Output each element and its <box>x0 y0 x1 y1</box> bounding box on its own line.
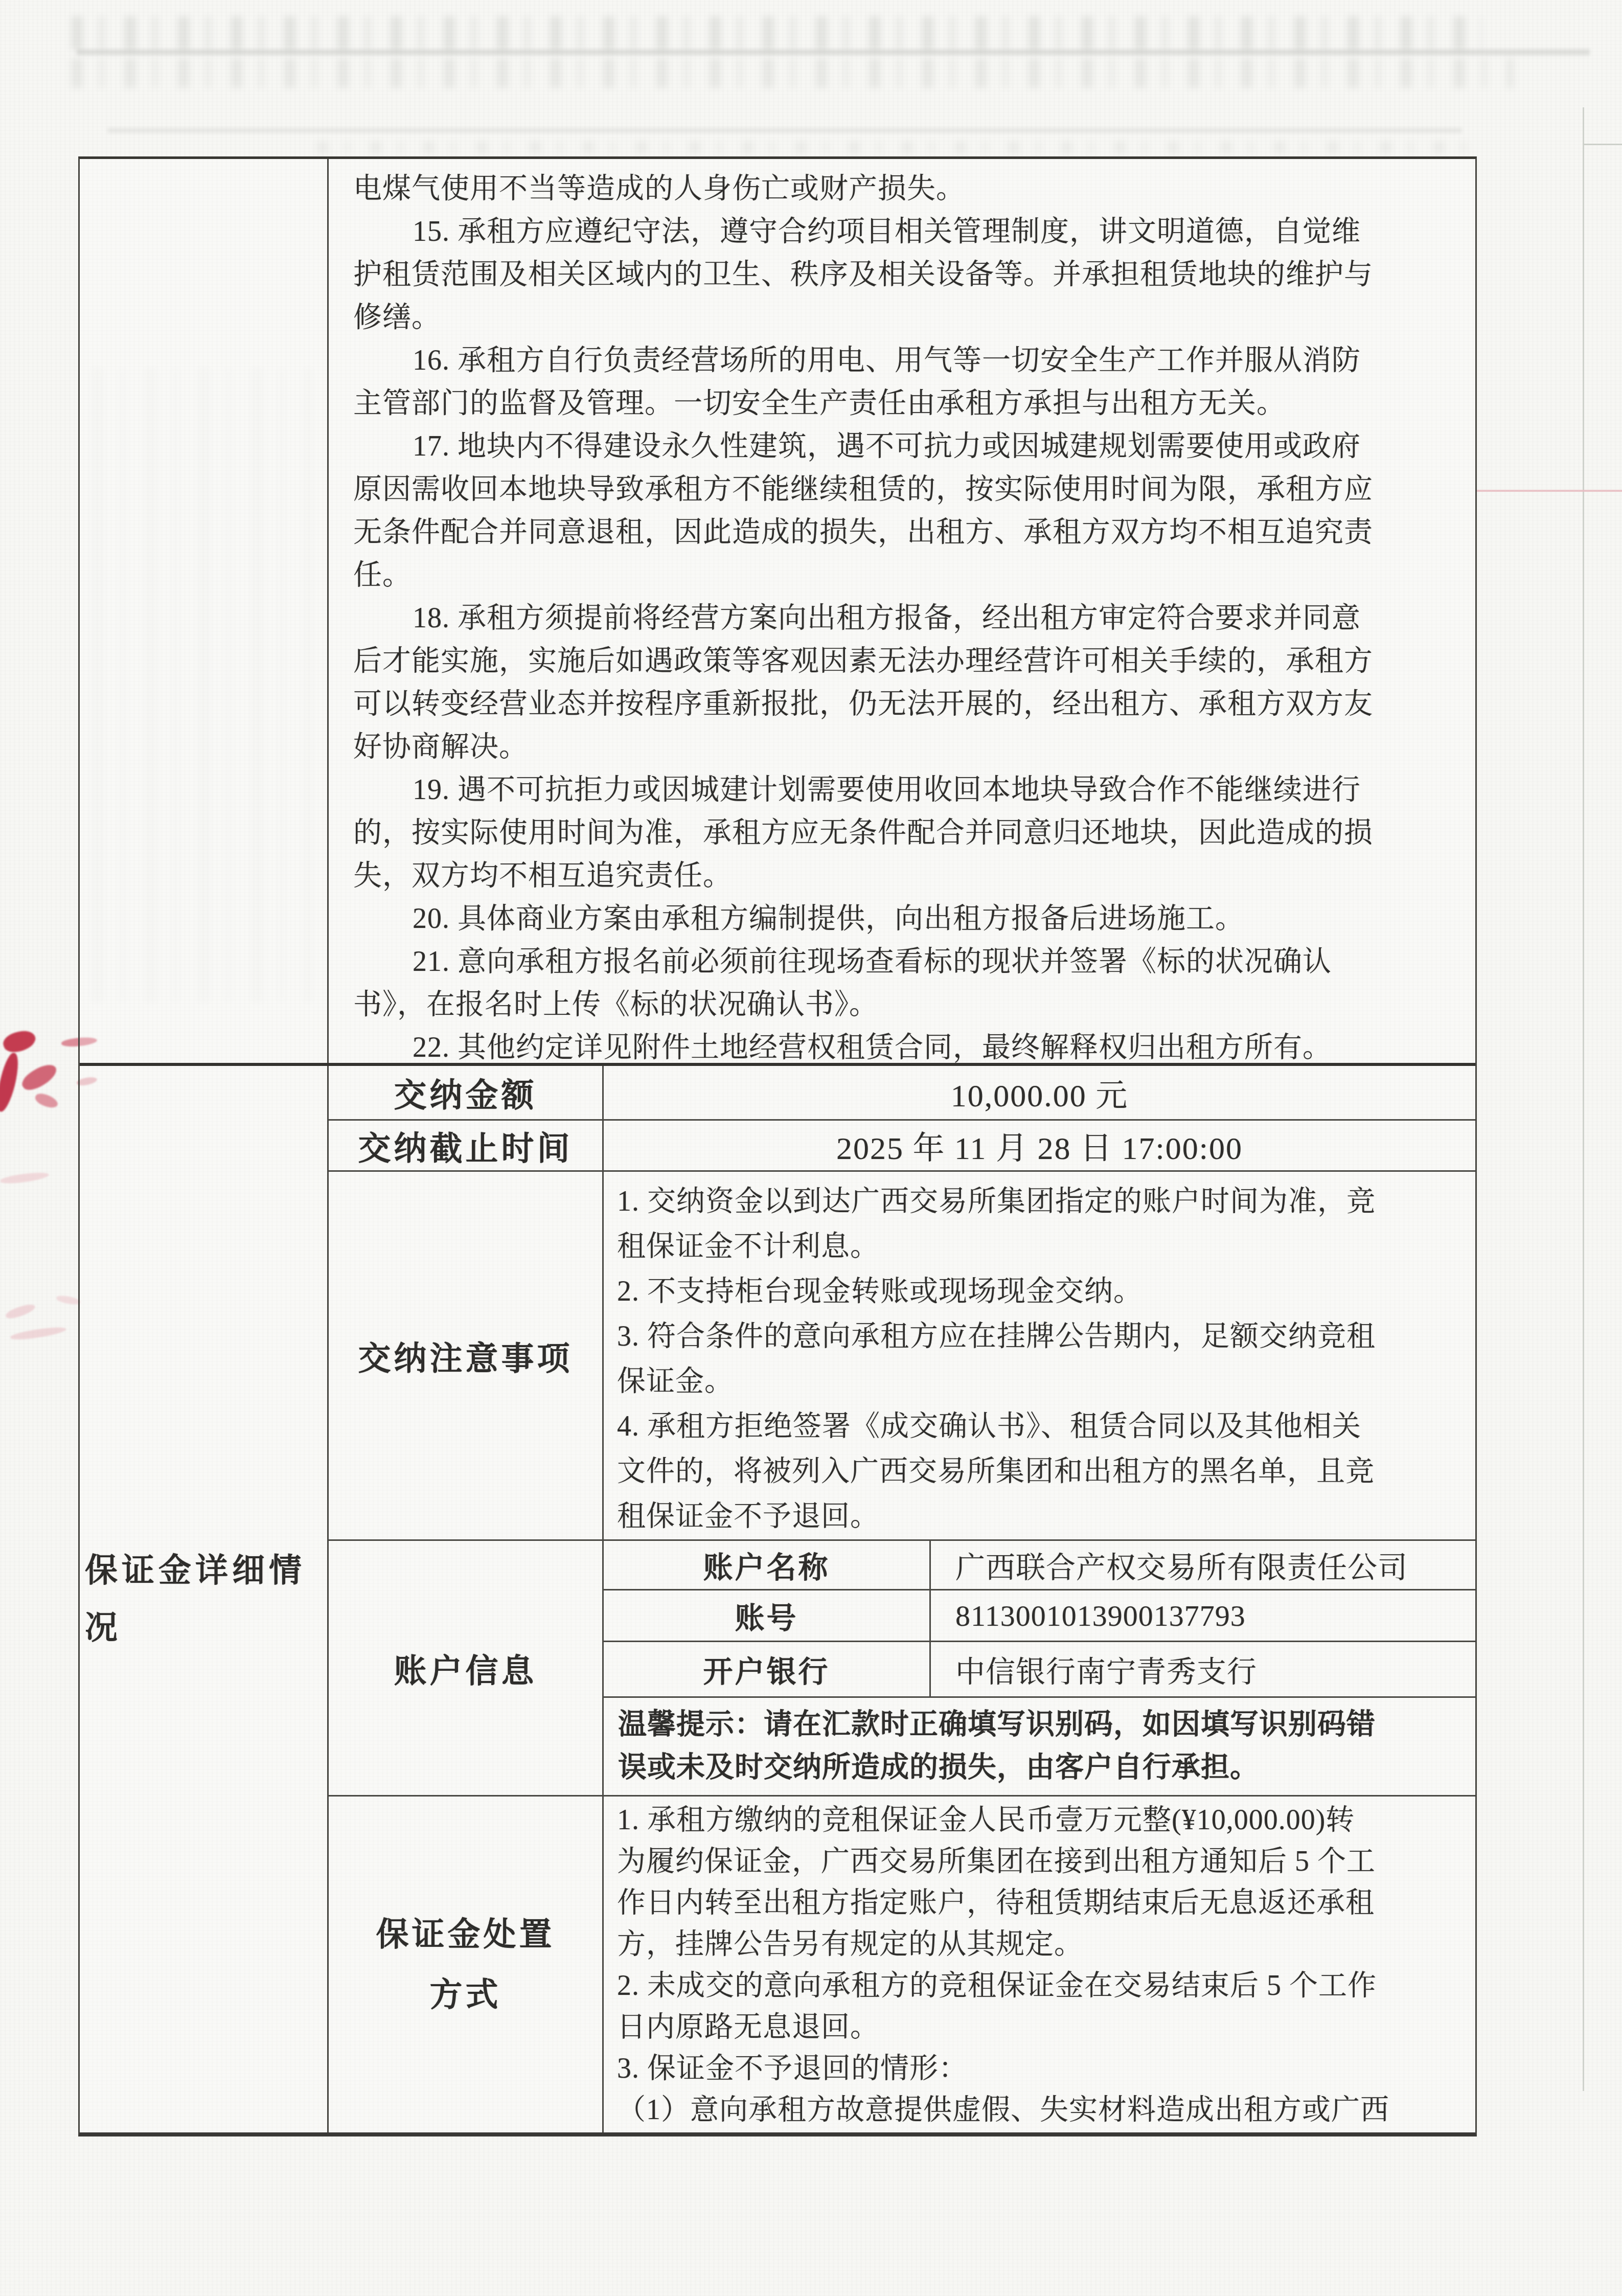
text-line: 3. 符合条件的意向承租方应在挂牌公告期内，足额交纳竞租 <box>617 1314 1465 1359</box>
payment-notes-row: 交纳注意事项 1. 交纳资金以到达广西交易所集团指定的账户时间为准，竞租保证金不… <box>329 1170 1475 1539</box>
red-ink-mark <box>0 1051 22 1113</box>
scanned-document-page: { "page": { "paper_color": "#f7f7f4", "i… <box>0 0 1622 2296</box>
account-info-row: 账户信息 账户名称 广西联合产权交易所有限责任公司 账号 81130010139… <box>329 1539 1475 1795</box>
bleedthrough-band <box>72 16 1482 50</box>
bleedthrough-band <box>72 58 1513 88</box>
deposit-section-label-cell: 保证金详细情况 <box>80 1066 329 2132</box>
text-line: 保证金。 <box>617 1359 1465 1404</box>
text-line: 方，挂牌公告另有规定的从其规定。 <box>617 1924 1465 1965</box>
red-ink-mark <box>19 1060 60 1095</box>
text-line: 4. 承租方拒绝签署《成交确认书》、租赁合同以及其他相关 <box>617 1404 1465 1449</box>
account-name-row: 账户名称 广西联合产权交易所有限责任公司 <box>604 1541 1475 1589</box>
text-line: 电煤气使用不当等造成的人身伤亡或财产损失。 <box>353 167 1463 210</box>
text-line: 2. 不支持柜台现金转账或现场现金交纳。 <box>617 1269 1465 1314</box>
account-number-label: 账号 <box>604 1590 931 1641</box>
red-ink-mark <box>34 1092 60 1110</box>
red-ink-mark <box>1 1027 38 1056</box>
deposit-section-label: 保证金详细情况 <box>80 1542 307 1656</box>
text-line: 15. 承租方应遵纪守法，遵守合约项目相关管理制度，讲文明道德，自觉维 <box>353 210 1463 253</box>
text-line: 20. 具体商业方案由承租方编制提供，向出租方报备后进场施工。 <box>353 897 1463 940</box>
text-line: 温馨提示：请在汇款时正确填写识别码，如因填写识别码错 <box>618 1703 1467 1746</box>
bleedthrough-band <box>317 141 1472 153</box>
text-line: 无条件配合并同意退租，因此造成的损失，出租方、承租方双方均不相互追究责 <box>353 511 1463 554</box>
text-line: 误或未及时交纳所造成的损失，由客户自行承担。 <box>618 1746 1467 1789</box>
text-line: 好协商解决。 <box>353 725 1463 768</box>
faded-ink-mark <box>5 1302 37 1321</box>
payment-amount-value: 10,000.00 元 <box>604 1066 1475 1119</box>
text-line: 可以转变经营业态并按程序重新报批，仍无法开展的，经出租方、承租方双方友 <box>353 683 1463 725</box>
text-line: 文件的，将被列入广西交易所集团和出租方的黑名单，且竞 <box>617 1449 1465 1494</box>
account-info-table: 账户名称 广西联合产权交易所有限责任公司 账号 8113001013900137… <box>604 1541 1475 1795</box>
terms-text-cell: 电煤气使用不当等造成的人身伤亡或财产损失。15. 承租方应遵纪守法，遵守合约项目… <box>329 159 1475 1063</box>
bleedthrough-line <box>77 49 1590 55</box>
faded-ink-mark <box>56 1294 81 1306</box>
payment-deadline-label: 交纳截止时间 <box>329 1121 604 1170</box>
text-line: 书》，在报名时上传《标的状况确认书》。 <box>353 983 1463 1026</box>
text-line: 1. 交纳资金以到达广西交易所集团指定的账户时间为准，竞 <box>617 1179 1465 1224</box>
text-line: 22. 其他约定详见附件土地经营权租赁合同，最终解释权归出租方所有。 <box>353 1026 1463 1069</box>
text-line: 3. 保证金不予退回的情形： <box>617 2048 1465 2089</box>
payment-deadline-value: 2025 年 11 月 28 日 17:00:00 <box>604 1121 1475 1170</box>
deposit-rows: 交纳金额 10,000.00 元 交纳截止时间 2025 年 11 月 28 日… <box>329 1066 1475 2132</box>
text-line: 16. 承租方自行负责经营场所的用电、用气等一切安全生产工作并服从消防 <box>353 339 1463 382</box>
text-line: 主管部门的监督及管理。一切安全生产责任由承租方承担与出租方无关。 <box>353 382 1463 425</box>
text-line: 2. 未成交的意向承租方的竞租保证金在交易结束后 5 个工作 <box>617 1965 1465 2007</box>
text-line: 原因需收回本地块导致承租方不能继续租赁的，按实际使用时间为限，承租方应 <box>353 468 1463 511</box>
bleedthrough-line <box>107 128 1462 133</box>
text-line: 失，双方均不相互追究责任。 <box>353 854 1463 897</box>
payment-notes-text: 1. 交纳资金以到达广西交易所集团指定的账户时间为准，竞租保证金不计利息。2. … <box>604 1172 1475 1539</box>
deposit-disposal-label-cell: 保证金处置方式 <box>329 1797 604 2132</box>
deposit-disposal-row: 保证金处置方式 1. 承租方缴纳的竞租保证金人民币壹万元整(¥10,000.00… <box>329 1795 1475 2132</box>
terms-continuation-section: 电煤气使用不当等造成的人身伤亡或财产损失。15. 承租方应遵纪守法，遵守合约项目… <box>80 159 1475 1063</box>
text-line: 17. 地块内不得建设永久性建筑，遇不可抗力或因城建规划需要使用或政府 <box>353 425 1463 468</box>
deposit-disposal-text: 1. 承租方缴纳的竞租保证金人民币壹万元整(¥10,000.00)转为履约保证金… <box>604 1797 1475 2132</box>
account-info-label: 账户信息 <box>329 1541 604 1795</box>
scan-edge-pink-line <box>1477 490 1622 492</box>
text-line: 租保证金不计利息。 <box>617 1224 1465 1269</box>
text-line: 日内原路无息退回。 <box>617 2007 1465 2048</box>
text-line: 21. 意向承租方报名前必须前往现场查看标的现状并签署《标的状况确认 <box>353 940 1463 983</box>
payment-deadline-row: 交纳截止时间 2025 年 11 月 28 日 17:00:00 <box>329 1119 1475 1170</box>
deposit-disposal-label: 保证金处置方式 <box>372 1904 559 2025</box>
text-line: 后才能实施，实施后如遇政策等客观因素无法办理经营许可相关手续的，承租方 <box>353 640 1463 683</box>
lease-listing-table: 电煤气使用不当等造成的人身伤亡或财产损失。15. 承租方应遵纪守法，遵守合约项目… <box>78 156 1477 2136</box>
payment-notes-label: 交纳注意事项 <box>329 1172 604 1539</box>
remittance-notice: 温馨提示：请在汇款时正确填写识别码，如因填写识别码错误或未及时交纳所造成的损失，… <box>604 1696 1475 1792</box>
account-bank-label: 开户银行 <box>604 1642 931 1696</box>
text-line: 为履约保证金，广西交易所集团在接到出租方通知后 5 个工 <box>617 1841 1465 1882</box>
account-number-row: 账号 8113001013900137793 <box>604 1589 1475 1641</box>
account-number-value: 8113001013900137793 <box>931 1590 1475 1641</box>
text-line: 护租赁范围及相关区域内的卫生、秩序及相关设备等。并承担租赁地块的维护与 <box>353 253 1463 296</box>
text-line: 1. 承租方缴纳的竞租保证金人民币壹万元整(¥10,000.00)转 <box>617 1800 1465 1841</box>
faded-ink-mark <box>0 1170 50 1185</box>
payment-amount-label: 交纳金额 <box>329 1066 604 1119</box>
text-line: 19. 遇不可抗拒力或因城建计划需要使用收回本地块导致合作不能继续进行 <box>353 768 1463 811</box>
faded-ink-mark <box>10 1325 66 1342</box>
text-line: 修缮。 <box>353 296 1463 339</box>
account-name-label: 账户名称 <box>604 1541 931 1589</box>
scan-edge-line <box>1583 107 1584 2091</box>
terms-left-empty-cell <box>80 159 329 1063</box>
text-line: 18. 承租方须提前将经营方案向出租方报备，经出租方审定符合要求并同意 <box>353 597 1463 640</box>
text-line: 作日内转至出租方指定账户，待租赁期结束后无息返还承租 <box>617 1882 1465 1924</box>
text-line: 的，按实际使用时间为准，承租方应无条件配合并同意归还地块，因此造成的损 <box>353 811 1463 854</box>
account-bank-value: 中信银行南宁青秀支行 <box>931 1642 1475 1696</box>
text-line: 租保证金不予退回。 <box>617 1494 1465 1539</box>
text-line: 任。 <box>353 554 1463 597</box>
deposit-details-section: 保证金详细情况 交纳金额 10,000.00 元 交纳截止时间 2025 年 1… <box>80 1063 1475 2132</box>
text-line: （1）意向承租方故意提供虚假、失实材料造成出租方或广西 <box>617 2089 1465 2131</box>
payment-amount-row: 交纳金额 10,000.00 元 <box>329 1066 1475 1119</box>
account-name-value: 广西联合产权交易所有限责任公司 <box>931 1541 1475 1589</box>
account-bank-row: 开户银行 中信银行南宁青秀支行 <box>604 1641 1475 1696</box>
scan-edge-line <box>1583 144 1622 145</box>
